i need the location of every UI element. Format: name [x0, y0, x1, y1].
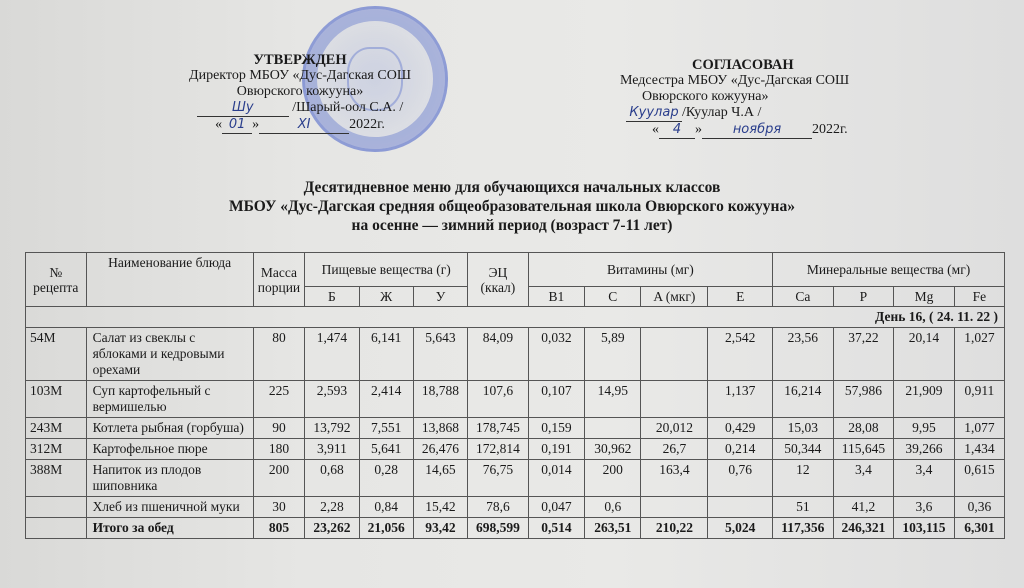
cell-ca: 15,03 — [773, 418, 834, 439]
cell-mass: 180 — [253, 439, 305, 460]
cell-c — [585, 418, 641, 439]
cell-mg: 9,95 — [894, 418, 955, 439]
cell-e: 0,214 — [708, 439, 773, 460]
cell-mg: 3,4 — [894, 460, 955, 497]
cell-b: 2,28 — [305, 497, 359, 518]
subheader-cell: P — [833, 287, 894, 307]
approval-month: XI — [259, 117, 349, 134]
cell-zh: 7,551 — [359, 418, 413, 439]
cell-mg: 39,266 — [894, 439, 955, 460]
document-page: УТВЕРЖДЕН Директор МБОУ «Дус-Дагская СОШ… — [0, 0, 1024, 588]
cell-fe: 1,434 — [954, 439, 1004, 460]
cell-b: 3,911 — [305, 439, 359, 460]
cell-p: 28,08 — [833, 418, 894, 439]
agreement-block: СОГЛАСОВАН Медсестра МБОУ «Дус-Дагская С… — [600, 57, 900, 139]
cell-b: 2,593 — [305, 381, 359, 418]
cell-b1: 0,047 — [528, 497, 584, 518]
header-dish-name: Наименование блюда — [86, 253, 253, 307]
cell-p: 115,645 — [833, 439, 894, 460]
cell-mg: 20,14 — [894, 328, 955, 381]
header-portion: Масса порции — [253, 253, 305, 307]
cell-c: 14,95 — [585, 381, 641, 418]
cell-mg: 3,6 — [894, 497, 955, 518]
total-row: Итого за обед80523,26221,05693,42698,599… — [26, 518, 1005, 539]
cell-zh: 0,84 — [359, 497, 413, 518]
cell-code: 388М — [26, 460, 87, 497]
cell-zh: 2,414 — [359, 381, 413, 418]
date-quote-open: « — [652, 122, 659, 137]
cell-mass: 90 — [253, 418, 305, 439]
cell-a: 163,4 — [641, 460, 708, 497]
cell-kcal: 84,09 — [468, 328, 529, 381]
director-signature: Шу — [197, 100, 289, 117]
approval-line2: Овюрского кожууна» — [150, 84, 450, 100]
cell-u: 26,476 — [413, 439, 467, 460]
title-line3: на осенне — зимний период (возраст 7-11 … — [0, 216, 1024, 235]
subheader-cell: E — [708, 287, 773, 307]
agreement-line1: Медсестра МБОУ «Дус-Дагская СОШ — [600, 73, 900, 89]
cell-ca: 51 — [773, 497, 834, 518]
cell-mass: 805 — [253, 518, 305, 539]
cell-b: 13,792 — [305, 418, 359, 439]
cell-name: Хлеб из пшеничной муки — [86, 497, 253, 518]
day-row: День 16, ( 24. 11. 22 ) — [26, 307, 1005, 328]
cell-a: 210,22 — [641, 518, 708, 539]
approval-year: 2022г. — [349, 117, 385, 132]
document-title: Десятидневное меню для обучающихся начал… — [0, 178, 1024, 235]
agreement-month: ноября — [702, 122, 812, 139]
cell-e: 1,137 — [708, 381, 773, 418]
approval-day: 01 — [222, 117, 252, 134]
header-minerals: Минеральные вещества (мг) — [773, 253, 1005, 287]
cell-ca: 12 — [773, 460, 834, 497]
cell-mass: 80 — [253, 328, 305, 381]
cell-ca: 50,344 — [773, 439, 834, 460]
cell-a: 26,7 — [641, 439, 708, 460]
cell-fe: 0,911 — [954, 381, 1004, 418]
header-recipe-no: № рецепта — [26, 253, 87, 307]
cell-kcal: 78,6 — [468, 497, 529, 518]
cell-name: Итого за обед — [86, 518, 253, 539]
cell-a — [641, 328, 708, 381]
cell-b1: 0,032 — [528, 328, 584, 381]
nurse-signature: Куулар — [626, 105, 682, 122]
cell-c: 0,6 — [585, 497, 641, 518]
agreement-day: 4 — [659, 122, 695, 139]
cell-fe: 1,077 — [954, 418, 1004, 439]
menu-table: № рецепта Наименование блюда Масса порци… — [25, 252, 1005, 539]
title-line1: Десятидневное меню для обучающихся начал… — [0, 178, 1024, 197]
cell-ca: 16,214 — [773, 381, 834, 418]
cell-name: Картофельное пюре — [86, 439, 253, 460]
header-vitamins: Витамины (мг) — [528, 253, 772, 287]
cell-kcal: 107,6 — [468, 381, 529, 418]
cell-a — [641, 497, 708, 518]
date-quote-open: « — [215, 117, 222, 132]
cell-u: 5,643 — [413, 328, 467, 381]
cell-name: Суп картофельный с вермишелью — [86, 381, 253, 418]
subheader-cell: B1 — [528, 287, 584, 307]
cell-c: 5,89 — [585, 328, 641, 381]
subheader-cell: У — [413, 287, 467, 307]
cell-b1: 0,107 — [528, 381, 584, 418]
cell-b1: 0,159 — [528, 418, 584, 439]
cell-p: 246,321 — [833, 518, 894, 539]
cell-code — [26, 497, 87, 518]
cell-zh: 21,056 — [359, 518, 413, 539]
cell-b: 23,262 — [305, 518, 359, 539]
cell-c: 263,51 — [585, 518, 641, 539]
cell-u: 13,868 — [413, 418, 467, 439]
cell-mass: 30 — [253, 497, 305, 518]
day-label: День 16, ( 24. 11. 22 ) — [26, 307, 1005, 328]
date-quote-close: » — [695, 122, 702, 137]
agreement-heading: СОГЛАСОВАН — [600, 57, 900, 73]
subheader-cell: A (мкг) — [641, 287, 708, 307]
table-row: 54МСалат из свеклы с яблоками и кедровым… — [26, 328, 1005, 381]
cell-b1: 0,514 — [528, 518, 584, 539]
cell-code — [26, 518, 87, 539]
cell-p: 57,986 — [833, 381, 894, 418]
cell-code: 243М — [26, 418, 87, 439]
cell-fe: 0,36 — [954, 497, 1004, 518]
cell-name: Салат из свеклы с яблоками и кедровыми о… — [86, 328, 253, 381]
cell-c: 30,962 — [585, 439, 641, 460]
cell-fe: 6,301 — [954, 518, 1004, 539]
cell-zh: 5,641 — [359, 439, 413, 460]
cell-b1: 0,191 — [528, 439, 584, 460]
table-row: 312МКартофельное пюре1803,9115,64126,476… — [26, 439, 1005, 460]
cell-e: 0,429 — [708, 418, 773, 439]
cell-b: 1,474 — [305, 328, 359, 381]
cell-name: Котлета рыбная (горбуша) — [86, 418, 253, 439]
cell-e — [708, 497, 773, 518]
cell-c: 200 — [585, 460, 641, 497]
cell-name: Напиток из плодов шиповника — [86, 460, 253, 497]
date-quote-close: » — [252, 117, 259, 132]
cell-b1: 0,014 — [528, 460, 584, 497]
approval-line1: Директор МБОУ «Дус-Дагская СОШ — [150, 68, 450, 84]
subheader-cell: C — [585, 287, 641, 307]
cell-kcal: 172,814 — [468, 439, 529, 460]
cell-fe: 1,027 — [954, 328, 1004, 381]
table-row: Хлеб из пшеничной муки302,280,8415,4278,… — [26, 497, 1005, 518]
cell-p: 37,22 — [833, 328, 894, 381]
table-row: 243МКотлета рыбная (горбуша)9013,7927,55… — [26, 418, 1005, 439]
cell-e: 2,542 — [708, 328, 773, 381]
nurse-name: /Куулар Ч.А / — [682, 105, 761, 120]
cell-zh: 6,141 — [359, 328, 413, 381]
cell-mass: 200 — [253, 460, 305, 497]
approval-block: УТВЕРЖДЕН Директор МБОУ «Дус-Дагская СОШ… — [150, 52, 450, 134]
cell-fe: 0,615 — [954, 460, 1004, 497]
cell-a: 20,012 — [641, 418, 708, 439]
header-energy: ЭЦ (ккал) — [468, 253, 529, 307]
cell-mg: 103,115 — [894, 518, 955, 539]
cell-p: 41,2 — [833, 497, 894, 518]
cell-u: 93,42 — [413, 518, 467, 539]
approval-heading: УТВЕРЖДЕН — [150, 52, 450, 68]
cell-b: 0,68 — [305, 460, 359, 497]
title-line2: МБОУ «Дус-Дагская средняя общеобразовате… — [0, 197, 1024, 216]
cell-u: 15,42 — [413, 497, 467, 518]
cell-e: 5,024 — [708, 518, 773, 539]
cell-zh: 0,28 — [359, 460, 413, 497]
agreement-year: 2022г. — [812, 122, 848, 137]
table-row: 103МСуп картофельный с вермишелью2252,59… — [26, 381, 1005, 418]
cell-kcal: 698,599 — [468, 518, 529, 539]
agreement-line2: Овюрского кожууна» — [600, 89, 900, 105]
cell-u: 18,788 — [413, 381, 467, 418]
header-nutrients: Пищевые вещества (г) — [305, 253, 468, 287]
cell-ca: 23,56 — [773, 328, 834, 381]
subheader-cell: Б — [305, 287, 359, 307]
subheader-cell: Fe — [954, 287, 1004, 307]
cell-a — [641, 381, 708, 418]
cell-u: 14,65 — [413, 460, 467, 497]
cell-mg: 21,909 — [894, 381, 955, 418]
cell-mass: 225 — [253, 381, 305, 418]
cell-code: 54М — [26, 328, 87, 381]
subheader-cell: Ca — [773, 287, 834, 307]
cell-kcal: 76,75 — [468, 460, 529, 497]
subheader-cell: Ж — [359, 287, 413, 307]
cell-kcal: 178,745 — [468, 418, 529, 439]
cell-ca: 117,356 — [773, 518, 834, 539]
cell-p: 3,4 — [833, 460, 894, 497]
cell-code: 312М — [26, 439, 87, 460]
cell-e: 0,76 — [708, 460, 773, 497]
director-name: /Шарый-оол С.А. / — [292, 100, 403, 115]
cell-code: 103М — [26, 381, 87, 418]
subheader-cell: Mg — [894, 287, 955, 307]
table-row: 388МНапиток из плодов шиповника2000,680,… — [26, 460, 1005, 497]
